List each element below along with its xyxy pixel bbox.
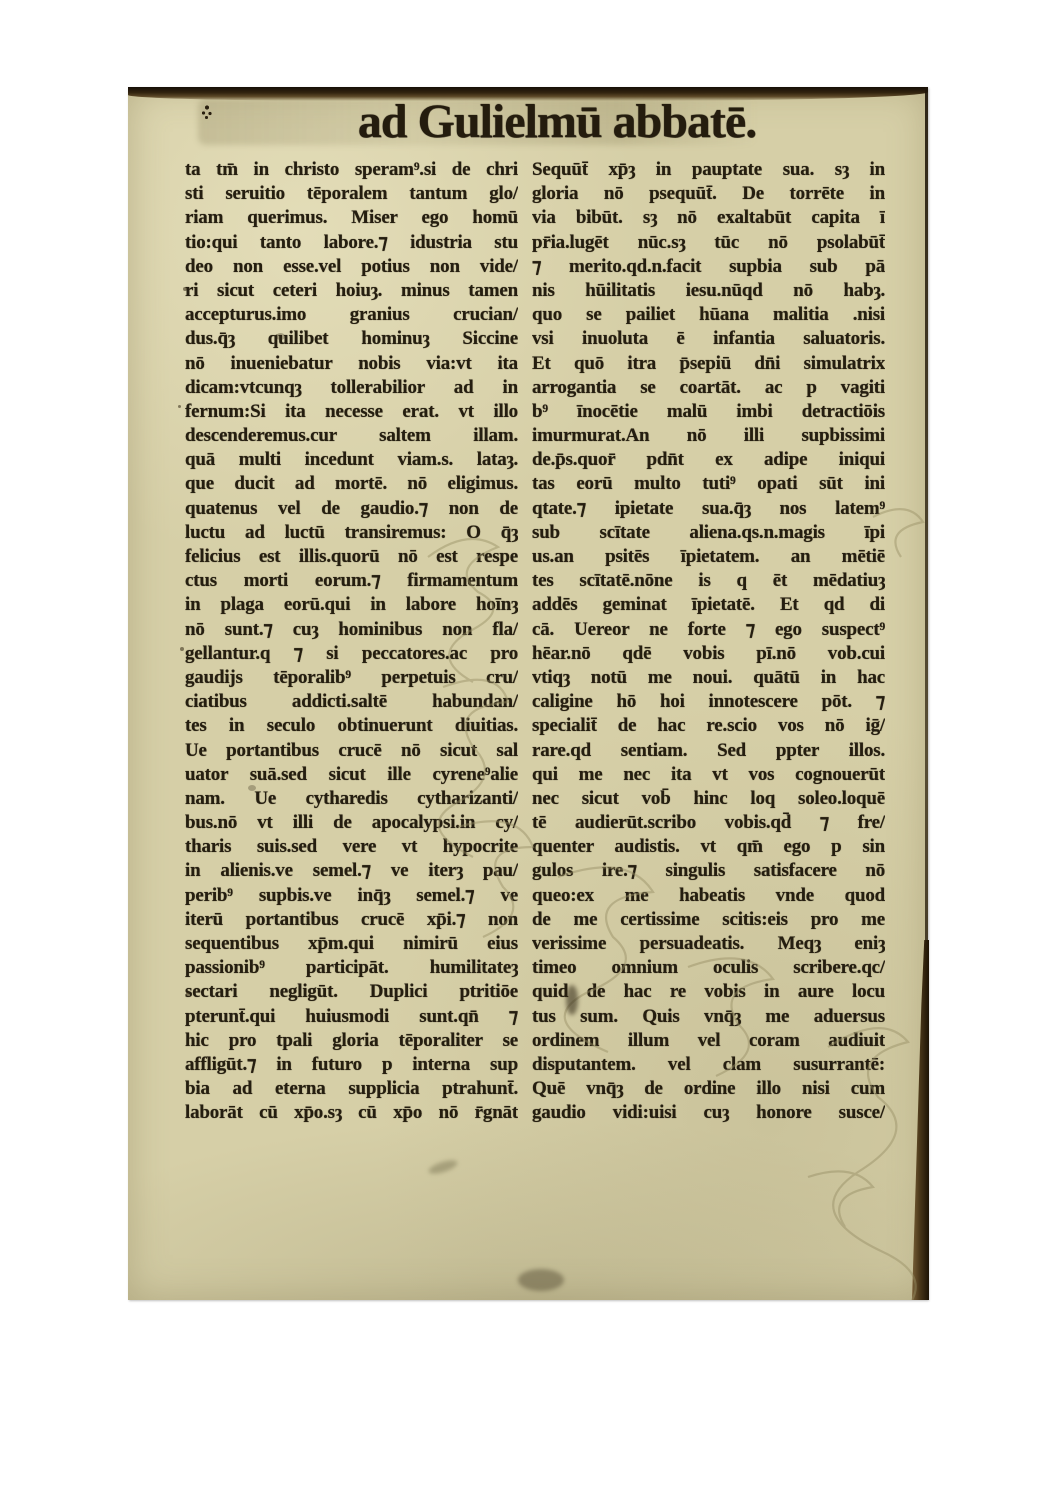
page-title: ad Gulielmū abbatē. <box>358 96 756 148</box>
text-line: tharis suis.sed vere vt hypocrite <box>185 835 518 859</box>
text-line: quenter audistis. vt qm̄ ego p sin <box>532 835 885 859</box>
text-line: quatenus vel de gaudio.⁊ non de <box>185 497 518 521</box>
text-line: quo se pailiet hūana malitia .nisi <box>532 303 885 327</box>
text-line: de me certissime scitis:eis pro me <box>532 908 885 932</box>
ink-speck <box>180 647 184 651</box>
text-line: quid de hac re vobis in aure locu <box>532 980 885 1004</box>
text-line: uator suā.sed sicut ille cyrene⁹alie <box>185 763 518 787</box>
text-line: ordinem illum vel coram audiuit <box>532 1029 885 1053</box>
scanned-page: ad Gulielmū abbatē. ta tm̄ in christo sp… <box>128 87 928 1300</box>
text-line: addēs geminat īpietatē. Et qd di <box>532 593 885 617</box>
binding-edge-strip <box>912 940 929 1300</box>
ink-speck <box>248 785 256 791</box>
text-line: ctus morti eorum.⁊ firmamentum <box>185 569 518 593</box>
text-line: nō sunt.⁊ cuȝ hominibus non fla/ <box>185 618 518 642</box>
text-line: qtate.⁊ ipietate sua.q̄ȝ nos latem⁹ <box>532 497 885 521</box>
text-line: accepturus.imo granius crucian/ <box>185 303 518 327</box>
text-line: b⁹ īnocētie malū imbi detractiōis <box>532 400 885 424</box>
text-line: riam querimus. Miser ego homū <box>185 206 518 230</box>
text-line: vtiqȝ notū me noui. quātū in hac <box>532 666 885 690</box>
text-line: ta tm̄ in christo speram⁹.si de chri <box>185 158 518 182</box>
text-line: descenderemus.cur saltem illam. <box>185 424 518 448</box>
text-line: vsi inuoluta ē infantia saluatoris. <box>532 327 885 351</box>
page-header-row: ad Gulielmū abbatē. <box>128 96 928 148</box>
text-line: Sequūt̄ xp̄ȝ in pauptate sua. sȝ in <box>532 158 885 182</box>
text-line: sti seruitio tēporalem tantum glo/ <box>185 182 518 206</box>
text-line: ciatibus addicti.saltē habundan/ <box>185 690 518 714</box>
text-line: pr̄ia.lugēt nūc.sȝ tūc nō psolabūt̄ <box>532 231 885 255</box>
text-line: ri sicut ceteri hoiuȝ. minus tamen <box>185 279 518 303</box>
text-column-right: Sequūt̄ xp̄ȝ in pauptate sua. sȝ inglori… <box>532 158 885 1126</box>
text-line: felicius est illis.quorū nō est respe <box>185 545 518 569</box>
text-line: affligūt.⁊ in futuro p interna sup <box>185 1053 518 1077</box>
text-line: nō inueniebatur nobis via:vt ita <box>185 352 518 376</box>
text-line: nis hūilitatis iesu.nūqd nō habȝ. <box>532 279 885 303</box>
text-line: tas eorū multo tuti⁹ opati sūt ini <box>532 472 885 496</box>
text-line: dus.q̄ȝ quilibet hominuȝ Siccine <box>185 327 518 351</box>
text-line: nec sicut vob̄ hinc loq soleo.loquē <box>532 787 885 811</box>
text-line: Et quō itra p̄sepiū dn̄i simulatrix <box>532 352 885 376</box>
text-line: gellantur.q ⁊ si peccatores.ac pro <box>185 642 518 666</box>
ink-speck <box>186 992 190 996</box>
text-line: iterū portantibus crucē xp̄i.⁊ non <box>185 908 518 932</box>
ink-smudge <box>427 1158 459 1177</box>
text-line: tes scītatē.nōne is q ēt mēdatiuȝ <box>532 569 885 593</box>
text-line: arrogantia se coartāt. ac p vagiti <box>532 376 885 400</box>
text-line: passionib⁹ participāt. humilitateȝ <box>185 956 518 980</box>
text-line: in alienis.ve semel.⁊ ve iterȝ pau/ <box>185 859 518 883</box>
text-line: disputantem. vel clam susurrantē: <box>532 1053 885 1077</box>
text-line: luctu ad luctū transiremus: O q̄ȝ <box>185 521 518 545</box>
text-block: ta tm̄ in christo speram⁹.si de christi … <box>185 158 885 1126</box>
text-line: via bibūt. sȝ nō exaltabūt capita ī <box>532 206 885 230</box>
ink-speck <box>178 405 181 408</box>
text-line: bia ad eterna supplicia ptrahunt̄. <box>185 1077 518 1101</box>
text-line: Ue portantibus crucē nō sicut sal <box>185 739 518 763</box>
text-line: imurmurat.An nō illi supbissimi <box>532 424 885 448</box>
text-line: timeo omnium oculis scribere.qc/ <box>532 956 885 980</box>
text-line: tus sum. Quis vnq̄ȝ me aduersus <box>532 1005 885 1029</box>
text-column-left: ta tm̄ in christo speram⁹.si de christi … <box>185 158 518 1126</box>
text-line: bus.nō vt illi de apocalypsi.in cy/ <box>185 811 518 835</box>
text-line: caligine hō hoi innotescere pōt. ⁊ <box>532 690 885 714</box>
text-line: tē audierūt.scribo vobis.qd̄ ⁊ fre/ <box>532 811 885 835</box>
ink-speck <box>183 287 187 291</box>
margin-ink-mark <box>202 105 212 119</box>
text-line: queo:ex me habeatis vnde quod <box>532 884 885 908</box>
text-line: us.an psitēs īpietatem. an mētiē <box>532 545 885 569</box>
text-line: hic pro tpali gloria tēporaliter se <box>185 1029 518 1053</box>
text-line: tio:qui tanto labore.⁊ idustria stu <box>185 231 518 255</box>
text-line: in plaga eorū.qui in labore hoīnȝ <box>185 593 518 617</box>
text-line: de.p̄s.quor̄ pdn̄t ex adipe iniqui <box>532 448 885 472</box>
ink-smudge <box>518 1269 564 1291</box>
text-line: nam. Ue cytharedis cytharizanti/ <box>185 787 518 811</box>
text-line: hēar.nō qdē vobis pī.nō vob.cui <box>532 642 885 666</box>
ink-smudge <box>566 985 578 1015</box>
text-line: quā multi incedunt viam.s. lataȝ. <box>185 448 518 472</box>
text-line: sub scītate aliena.qs.n.magis īpi <box>532 521 885 545</box>
text-line: gaudijs tēporalib⁹ perpetuis cru/ <box>185 666 518 690</box>
text-line: laborāt cū xp̄o.sȝ cū xp̄o nō r̄gnāt <box>185 1101 518 1125</box>
text-line: fernum:Si ita necesse erat. vt illo <box>185 400 518 424</box>
text-line: sequentibus xp̄m.qui nimirū eius <box>185 932 518 956</box>
text-line: deo non esse.vel potius non vide/ <box>185 255 518 279</box>
text-line: verissime persuadeatis. Meqȝ eniȝ <box>532 932 885 956</box>
text-line: dicam:vtcunqȝ tollerabilior ad in <box>185 376 518 400</box>
text-line: gaudio vidi:uisi cuȝ honore susce/ <box>532 1101 885 1125</box>
text-line: cā. Uereor ne forte ⁊ ego suspect⁹ <box>532 618 885 642</box>
text-line: tes in seculo obtinuerunt diuitias. <box>185 714 518 738</box>
text-line: gulos ire.⁊ singulis satisfacere nō <box>532 859 885 883</box>
text-line: gloria nō psequūt̄. De torrēte in <box>532 182 885 206</box>
text-line: specialit̄ de hac re.scio vos nō iḡ/ <box>532 714 885 738</box>
text-line: ⁊ merito.qd.n.facit supbia sub pā <box>532 255 885 279</box>
text-line: sectari negligūt. Duplici ptritiōe <box>185 980 518 1004</box>
text-line: que ducit ad mortē. nō eligimus. <box>185 472 518 496</box>
text-line: qui me nec ita vt vos cognouerūt <box>532 763 885 787</box>
ink-speck <box>276 333 285 340</box>
text-line: rare.qd sentiam. Sed ppter illos. <box>532 739 885 763</box>
text-line: Quē vnq̄ȝ de ordine illo nisi cum <box>532 1077 885 1101</box>
text-line: pterunt̄.qui huiusmodi sunt.qn̄ ⁊ <box>185 1005 518 1029</box>
text-line: perib⁹ supbis.ve inq̄ȝ semel.⁊ ve <box>185 884 518 908</box>
